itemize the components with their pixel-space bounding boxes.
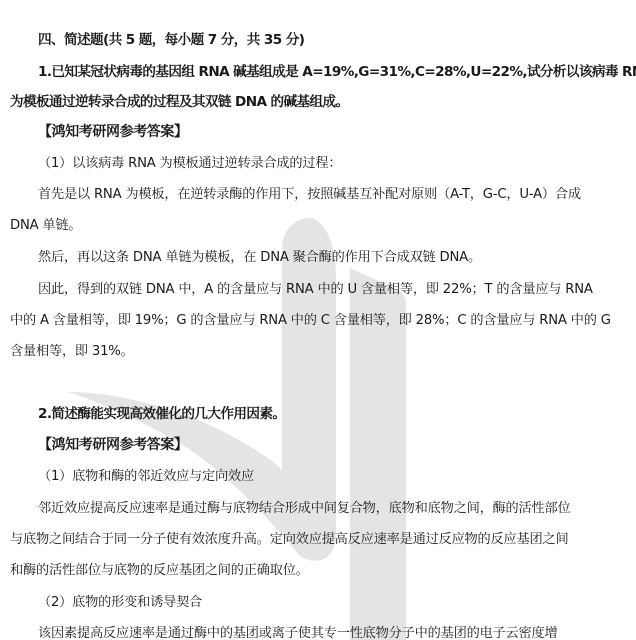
question-2-answer-line: 该因素提高反应速率是通过酶中的基团或离子使其专一性底物分子中的基团的电子云密度增 [38,624,558,640]
question-1-answer-line: 然后，再以这条 DNA 单链为模板，在 DNA 聚合酶的作用下合成双链 DNA。 [38,248,481,268]
section-title: 四、简述题(共 5 题，每小题 7 分，共 35 分) [38,30,304,50]
question-2-answer-header: 【鸿知考研网参考答案】 [38,435,188,455]
question-1-prompt-line-1: 1.已知某冠状病毒的基因组 RNA 碱基组成是 A=19%,G=31%,C=28… [38,62,636,82]
question-1-answer-header: 【鸿知考研网参考答案】 [38,122,188,142]
question-1-answer-line: DNA 单链。 [10,216,81,236]
question-1-prompt-line-2: 为模板通过逆转录合成的过程及其双链 DNA 的碱基组成。 [10,92,349,112]
question-2-prompt: 2.简述酶能实现高效催化的几大作用因素。 [38,404,285,424]
question-1-answer-line: 首先是以 RNA 为模板，在逆转录酶的作用下，按照碱基互补配对原则（A-T，G-… [38,185,581,205]
question-1-answer-line: 因此，得到的双链 DNA 中，A 的含量应与 RNA 中的 U 含量相等，即 2… [38,280,593,300]
question-2-answer-line: （1）底物和酶的邻近效应与定向效应 [38,467,254,487]
question-1-answer-line: （1）以该病毒 RNA 为模板通过逆转录合成的过程： [38,154,341,174]
question-1-answer-line: 含量相等，即 31%。 [10,342,134,362]
question-2-answer-line: 与底物之间结合于同一分子使有效浓度升高。定向效应提高反应速率是通过反应物的反应基… [10,530,568,550]
question-1-answer-line: 中的 A 含量相等，即 19%；G 的含量应与 RNA 中的 C 含量相等，即 … [10,311,611,331]
question-2-answer-line: 邻近效应提高反应速率是通过酶与底物结合形成中间复合物，底物和底物之间，酶的活性部… [38,499,570,519]
question-2-answer-line: 和酶的活性部位与底物的反应基团之间的正确取位。 [10,561,309,581]
question-2-answer-line: （2）底物的形变和诱导契合 [38,593,202,613]
